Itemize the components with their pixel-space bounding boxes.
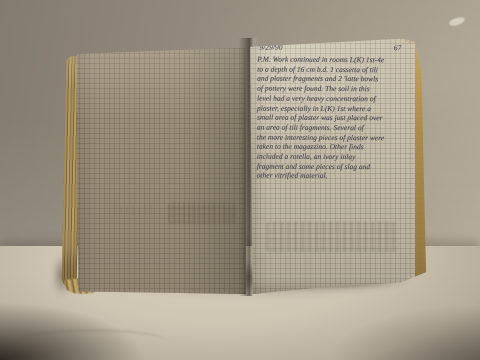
ink-bleedthrough-smudge [266, 222, 398, 252]
page-number: 67 [394, 43, 402, 53]
notebook-photo: 9/29/90 67 P.M. Work continued in rooms … [0, 0, 480, 360]
page-curl-shadow [250, 278, 426, 294]
handwriting-line: level had a very heavy concentration of [257, 93, 415, 104]
ink-bleedthrough-smudge [114, 206, 154, 214]
handwriting-line: an area of tili fragments. Several of [257, 123, 415, 134]
left-blank-grid-page [74, 46, 246, 294]
entry-header: 9/29/90 67 [257, 43, 401, 54]
cloth-fold-line [18, 330, 168, 353]
entry-date: 9/29/90 [259, 43, 282, 53]
handwriting-line: P.M. Work continued in rooms L(K) 1st-4e [257, 55, 415, 66]
ink-bleedthrough-smudge [168, 202, 236, 224]
entry-body: P.M. Work continued in rooms L(K) 1st-4e… [257, 55, 416, 182]
browned-fore-edge [415, 36, 426, 294]
handwriting-line: other vitrified material. [257, 171, 415, 182]
handwritten-entry: 9/29/90 67 P.M. Work continued in rooms … [257, 43, 416, 182]
right-written-page: 9/29/90 67 P.M. Work continued in rooms … [250, 36, 426, 294]
handwriting-line: of pottery were found. The soil in this [257, 84, 415, 95]
handwriting-line: included a rotella, an ivory inlay [257, 152, 415, 163]
open-notebook: 9/29/90 67 P.M. Work continued in rooms … [58, 34, 428, 304]
